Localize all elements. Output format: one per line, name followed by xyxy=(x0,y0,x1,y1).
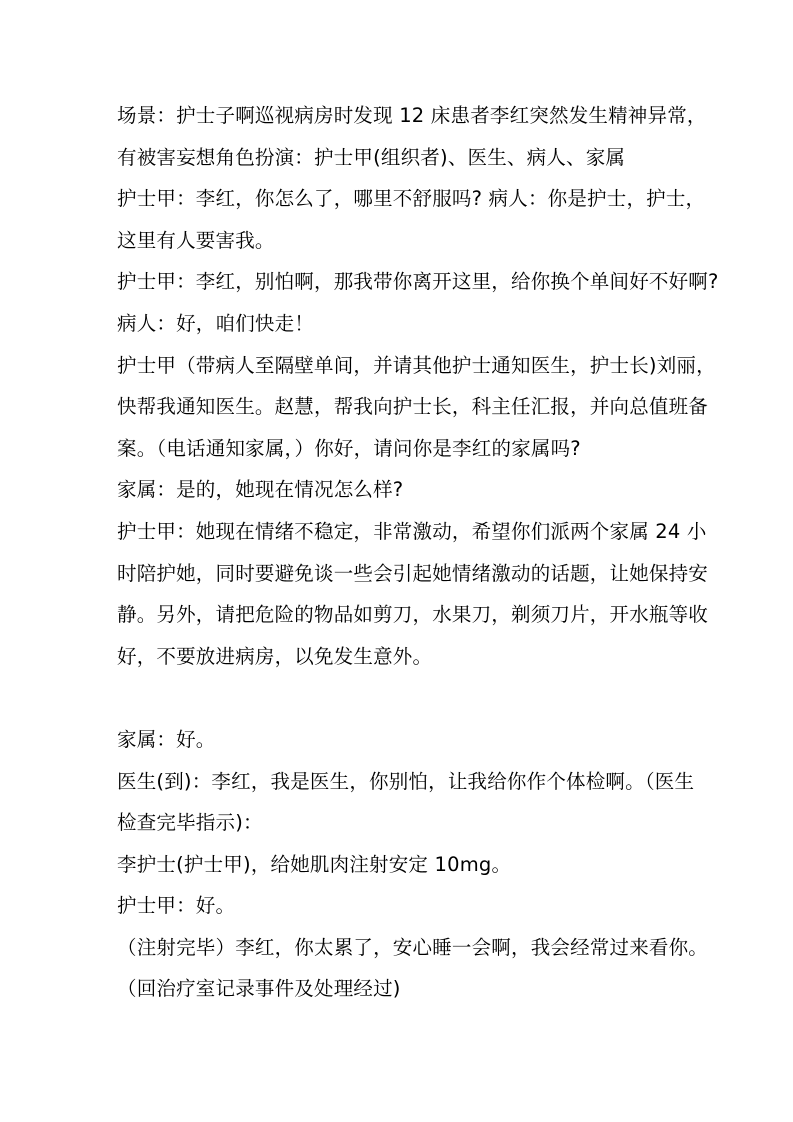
dialogue-line: 护士甲：她现在情绪不稳定，非常激动，希望你们派两个家属 24 小 xyxy=(117,511,685,553)
dialogue-line: 家属：好。 xyxy=(117,719,685,761)
dialogue-line: 家属：是的，她现在情况怎么样? xyxy=(117,469,685,511)
empty-line xyxy=(117,677,685,719)
dialogue-line: 护士甲：李红，你怎么了，哪里不舒服吗? 病人：你是护士，护士， xyxy=(117,178,685,220)
dialogue-line: 时陪护她，同时要避免谈一些会引起她情绪激动的话题，让她保持安 xyxy=(117,553,685,595)
document-text-block: 场景：护士子啊巡视病房时发现 12 床患者李红突然发生精神异常， 有被害妄想角色… xyxy=(117,95,685,1010)
dialogue-line: 静。另外，请把危险的物品如剪刀，水果刀，剃须刀片，开水瓶等收 xyxy=(117,594,685,636)
dialogue-line: 快帮我通知医生。赵慧，帮我向护士长，科主任汇报，并向总值班备 xyxy=(117,386,685,428)
dialogue-line: 检查完毕指示)： xyxy=(117,802,685,844)
document-page: 场景：护士子啊巡视病房时发现 12 床患者李红突然发生精神异常， 有被害妄想角色… xyxy=(0,0,793,1122)
dialogue-line: 病人：好，咱们快走！ xyxy=(117,303,685,345)
dialogue-line: 护士甲（带病人至隔壁单间，并请其他护士通知医生，护士长)刘丽， xyxy=(117,345,685,387)
stage-direction-line: （回治疗室记录事件及处理经过) xyxy=(117,968,685,1010)
dialogue-line: 这里有人要害我。 xyxy=(117,220,685,262)
dialogue-line: 好，不要放进病房，以免发生意外。 xyxy=(117,636,685,678)
dialogue-line: 护士甲：李红，别怕啊，那我带你离开这里，给你换个单间好不好啊? xyxy=(117,261,685,303)
scene-description-line: 场景：护士子啊巡视病房时发现 12 床患者李红突然发生精神异常， xyxy=(117,95,685,137)
scene-description-line: 有被害妄想角色扮演：护士甲(组织者)、医生、病人、家属 xyxy=(117,137,685,179)
dialogue-line: （注射完毕）李红，你太累了，安心睡一会啊，我会经常过来看你。 xyxy=(117,927,685,969)
dialogue-line: 医生(到)：李红，我是医生，你别怕，让我给你作个体检啊。（医生 xyxy=(117,761,685,803)
dialogue-line: 护士甲：好。 xyxy=(117,885,685,927)
dialogue-line: 案。（电话通知家属，）你好，请问你是李红的家属吗? xyxy=(117,428,685,470)
dialogue-line: 李护士(护士甲)，给她肌肉注射安定 10mg。 xyxy=(117,844,685,886)
